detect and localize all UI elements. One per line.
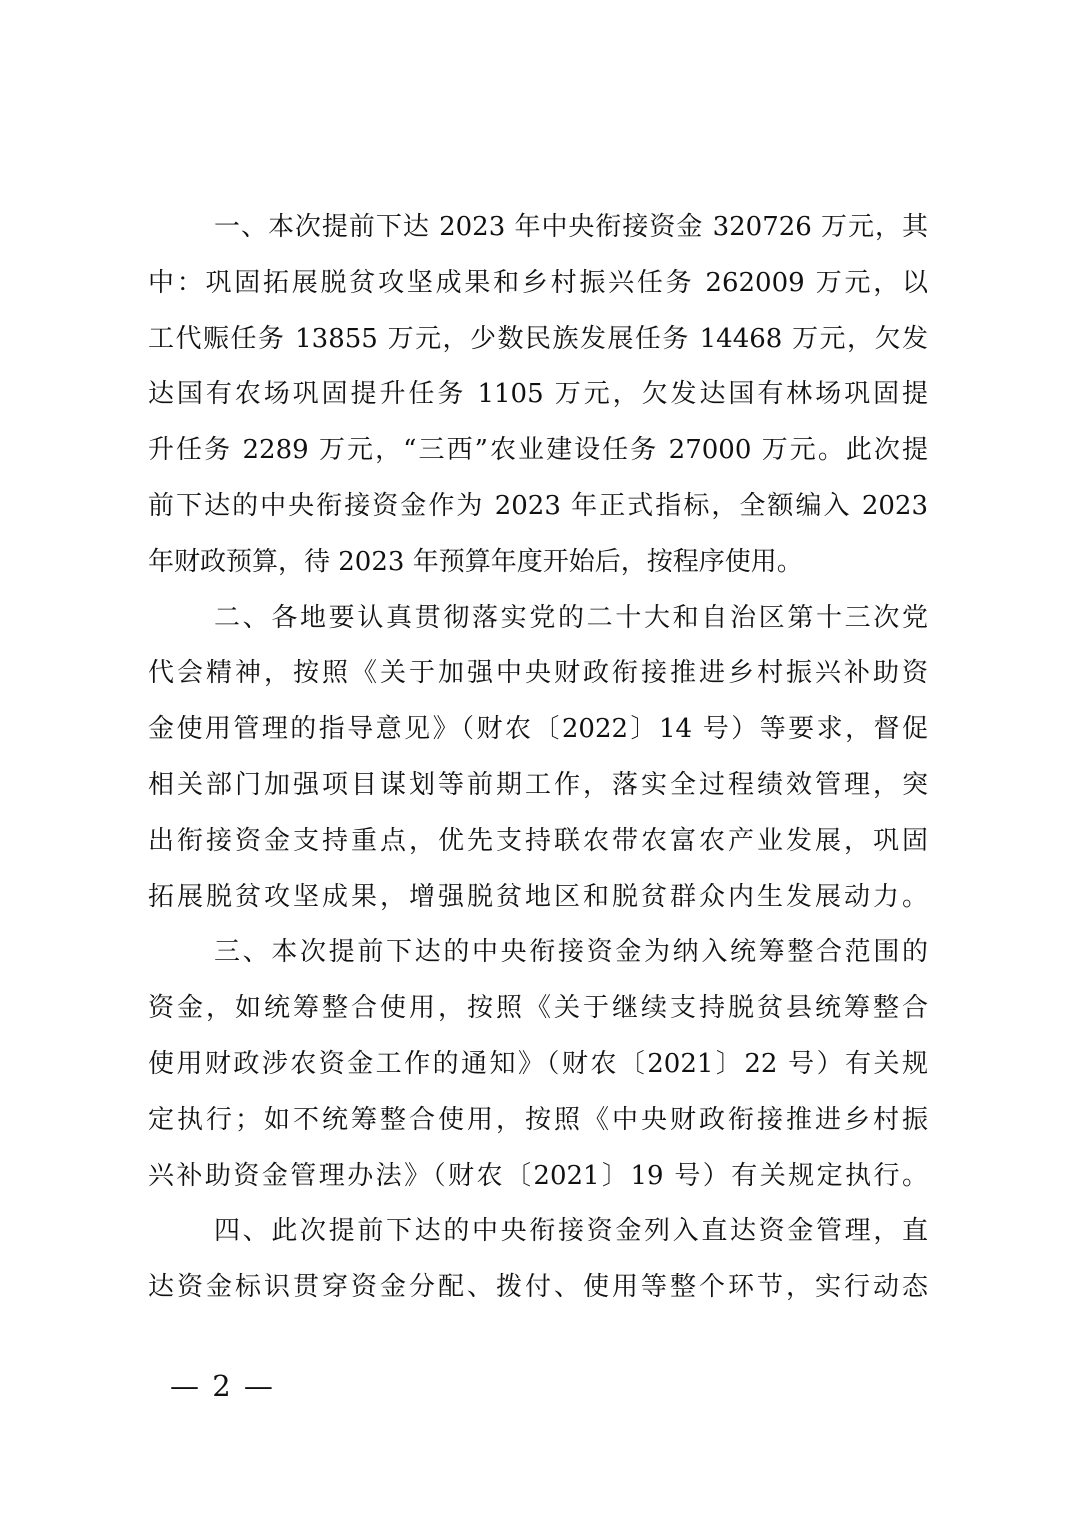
text-line: 相关部门加强项目谋划等前期工作，落实全过程绩效管理，突: [148, 758, 928, 814]
page-footer: — 2 —: [170, 1366, 275, 1406]
text-line: 达国有农场巩固提升任务 1105 万元，欠发达国有林场巩固提: [148, 367, 928, 423]
paragraph-3: 三、本次提前下达的中央衔接资金为纳入统筹整合范围的 资金，如统筹整合使用，按照《…: [148, 925, 928, 1204]
text-line: 使用财政涉农资金工作的通知》（财农〔2021〕22 号）有关规: [148, 1037, 928, 1093]
paragraph-1: 一、本次提前下达 2023 年中央衔接资金 320726 万元，其 中：巩固拓展…: [148, 200, 928, 591]
page-number: — 2 —: [170, 1369, 275, 1403]
paragraph-2: 二、各地要认真贯彻落实党的二十大和自治区第十三次党 代会精神，按照《关于加强中央…: [148, 591, 928, 926]
paragraph-4: 四、此次提前下达的中央衔接资金列入直达资金管理，直 达资金标识贯穿资金分配、拨付…: [148, 1204, 928, 1316]
text-line: 二、各地要认真贯彻落实党的二十大和自治区第十三次党: [148, 591, 928, 647]
text-line: 资金，如统筹整合使用，按照《关于继续支持脱贫县统筹整合: [148, 981, 928, 1037]
text-line: 升任务 2289 万元，“三西”农业建设任务 27000 万元。此次提: [148, 423, 928, 479]
text-line: 出衔接资金支持重点，优先支持联农带农富农产业发展，巩固: [148, 814, 928, 870]
text-line: 兴补助资金管理办法》（财农〔2021〕19 号）有关规定执行。: [148, 1149, 928, 1205]
text-line: 代会精神，按照《关于加强中央财政衔接推进乡村振兴补助资: [148, 646, 928, 702]
text-line: 定执行；如不统筹整合使用，按照《中央财政衔接推进乡村振: [148, 1093, 928, 1149]
text-line: 拓展脱贫攻坚成果，增强脱贫地区和脱贫群众内生发展动力。: [148, 870, 928, 926]
text-line: 达资金标识贯穿资金分配、拨付、使用等整个环节，实行动态: [148, 1260, 928, 1316]
text-line: 四、此次提前下达的中央衔接资金列入直达资金管理，直: [148, 1204, 928, 1260]
document-page: 一、本次提前下达 2023 年中央衔接资金 320726 万元，其 中：巩固拓展…: [0, 0, 1074, 1520]
text-line: 年财政预算，待 2023 年预算年度开始后，按程序使用。: [148, 535, 928, 591]
text-line: 一、本次提前下达 2023 年中央衔接资金 320726 万元，其: [148, 200, 928, 256]
document-body: 一、本次提前下达 2023 年中央衔接资金 320726 万元，其 中：巩固拓展…: [148, 200, 928, 1316]
text-line: 金使用管理的指导意见》（财农〔2022〕14 号）等要求，督促: [148, 702, 928, 758]
text-line: 三、本次提前下达的中央衔接资金为纳入统筹整合范围的: [148, 925, 928, 981]
text-line: 前下达的中央衔接资金作为 2023 年正式指标，全额编入 2023: [148, 479, 928, 535]
text-line: 中：巩固拓展脱贫攻坚成果和乡村振兴任务 262009 万元，以: [148, 256, 928, 312]
text-line: 工代赈任务 13855 万元，少数民族发展任务 14468 万元，欠发: [148, 312, 928, 368]
